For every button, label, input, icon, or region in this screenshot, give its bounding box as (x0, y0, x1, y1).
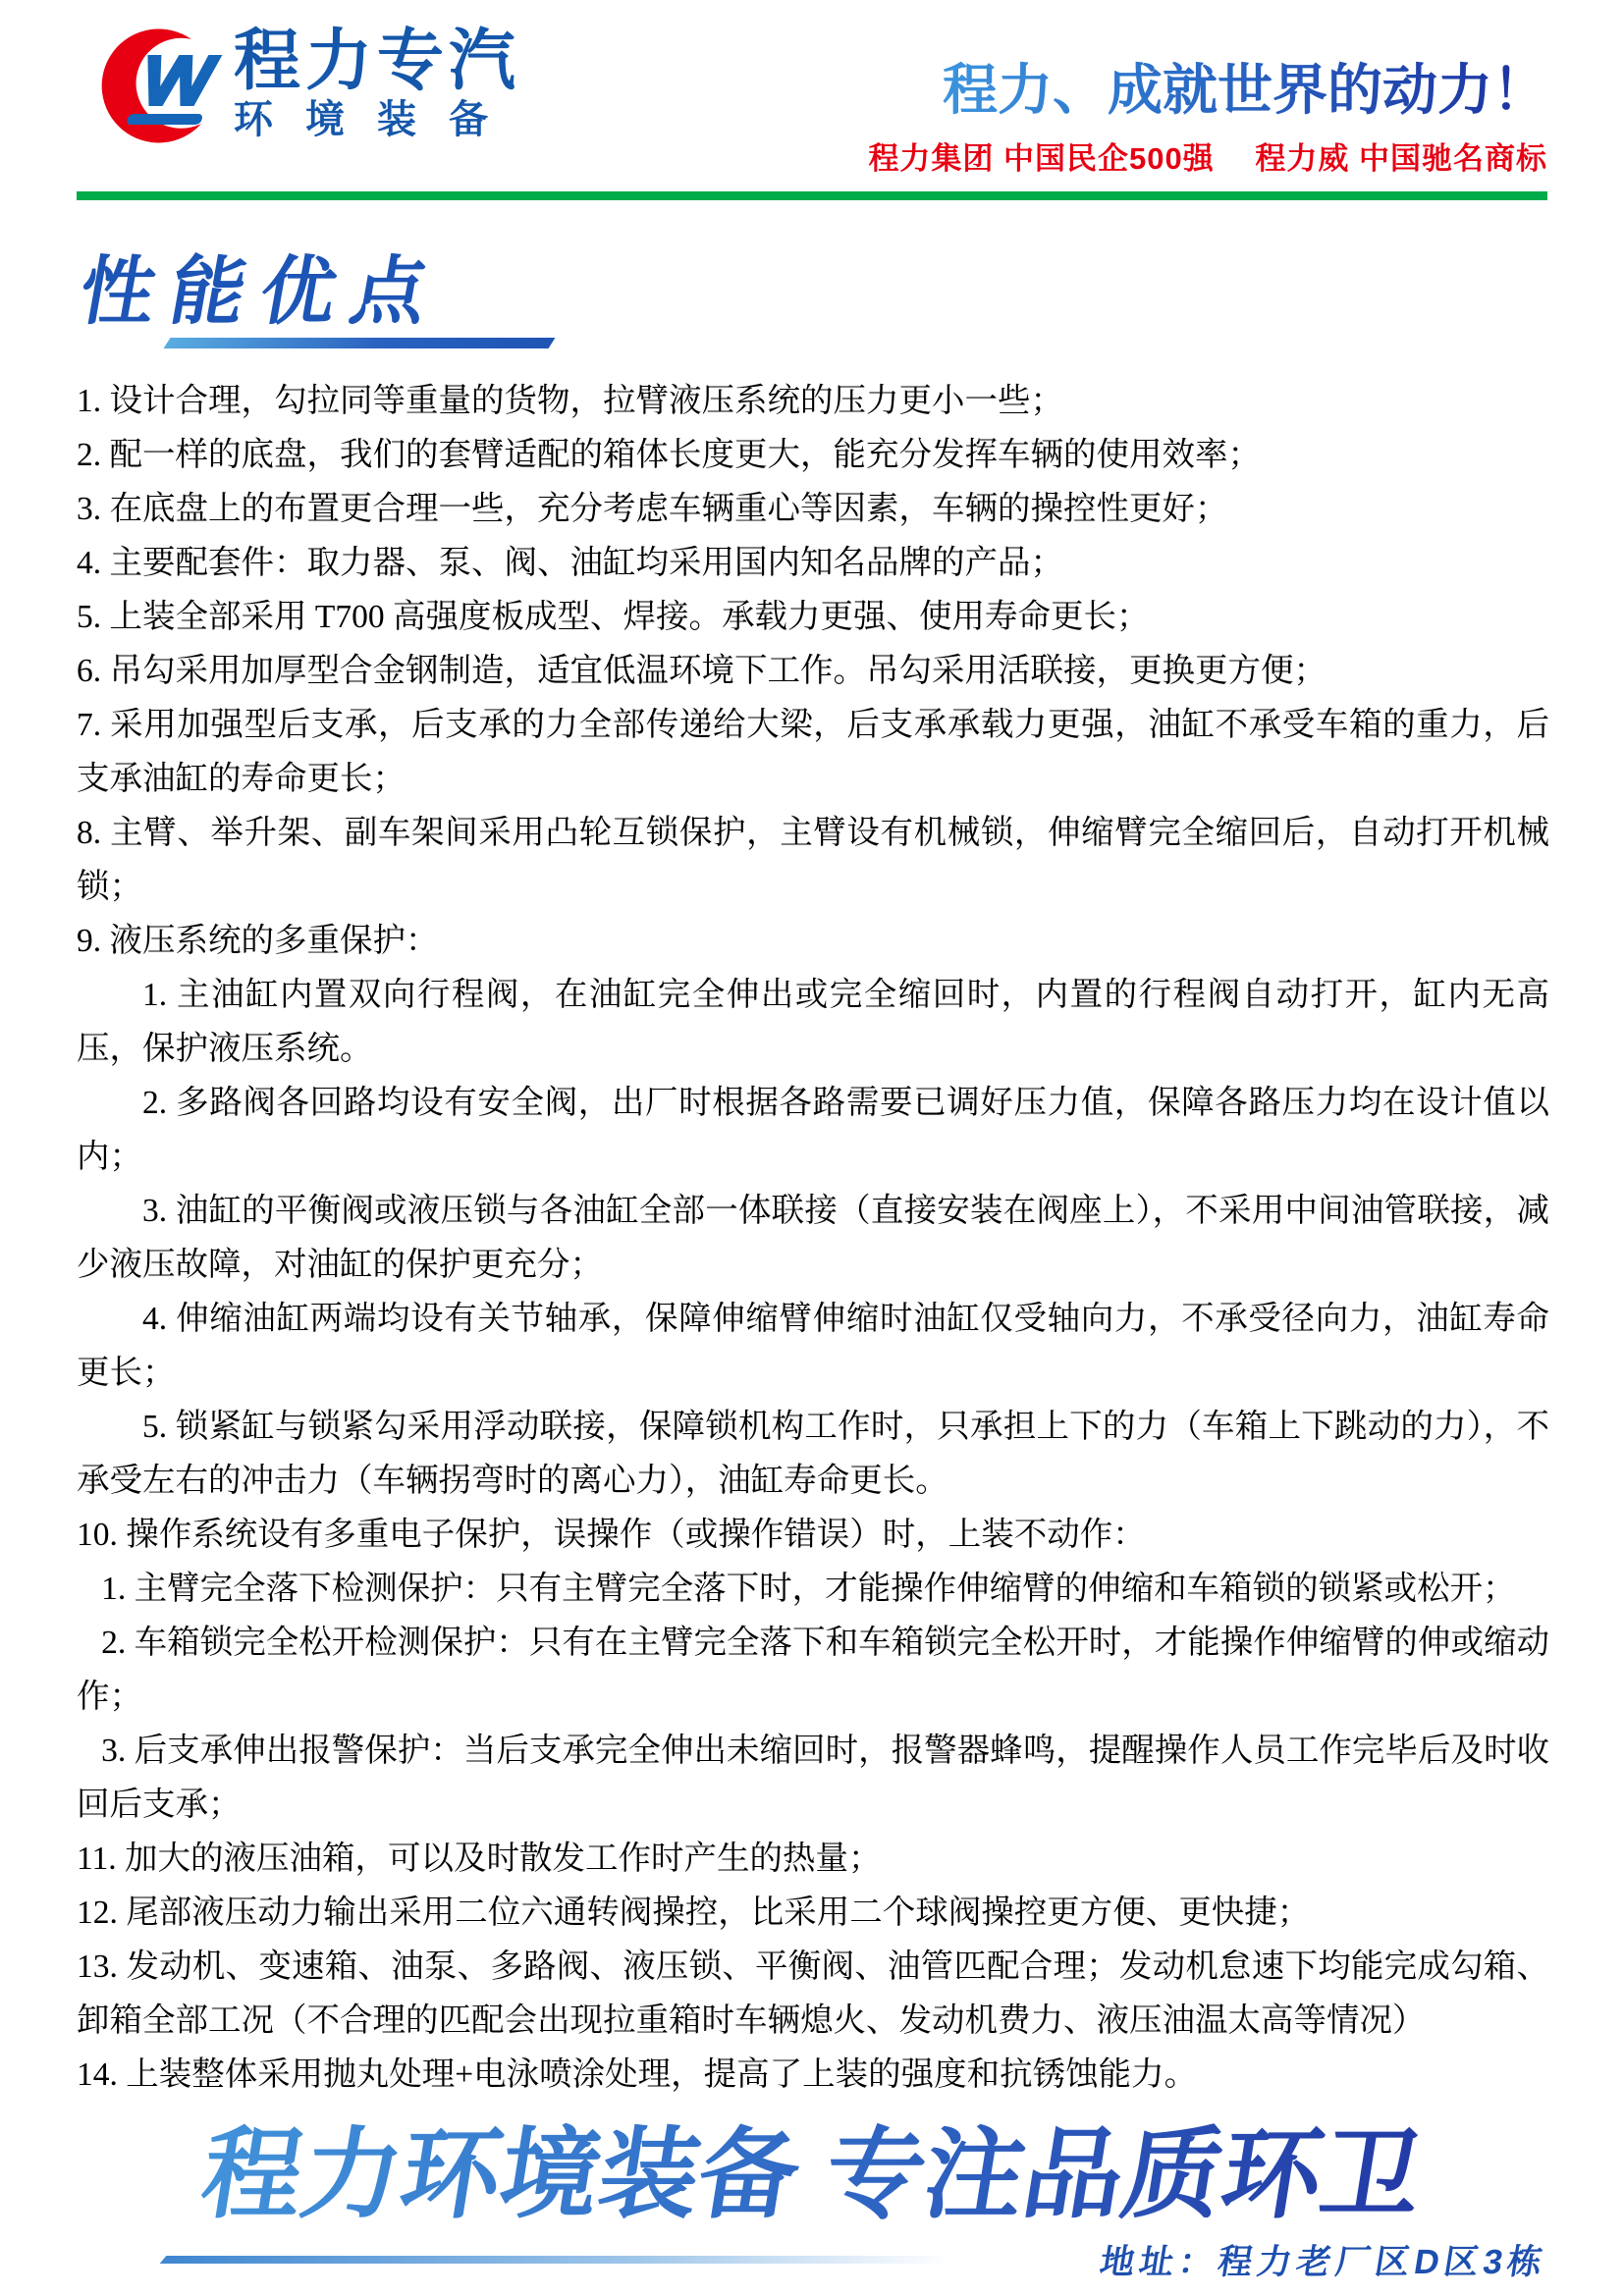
feature-item: 1. 主油缸内置双向行程阀，在油缸完全伸出或完全缩回时，内置的行程阀自动打开，缸… (77, 968, 1549, 1076)
footer-slogan: 程力环境装备 专注品质环卫 (68, 2122, 1555, 2229)
header-divider (77, 191, 1547, 200)
title-wrap: 性能优点 (81, 253, 1624, 348)
feature-item: 3. 油缸的平衡阀或液压锁与各油缸全部一体联接（直接安装在阀座上），不采用中间油… (77, 1184, 1549, 1292)
feature-item: 5. 上装全部采用 T700 高强度板成型、焊接。承载力更强、使用寿命更长； (77, 590, 1549, 644)
feature-item: 3. 在底盘上的布置更合理一些，充分考虑车辆重心等因素，车辆的操控性更好； (77, 482, 1549, 536)
logo-title: 程力专汽 (234, 27, 520, 96)
logo-subtitle: 环境装备 (234, 97, 520, 142)
feature-item: 2. 多路阀各回路均设有安全阀，出厂时根据各路需要已调好压力值，保障各路压力均在… (77, 1076, 1549, 1184)
feature-item: 13. 发动机、变速箱、油泵、多路阀、液压锁、平衡阀、油管匹配合理；发动机怠速下… (77, 1940, 1549, 2048)
feature-item: 7. 采用加强型后支承，后支承的力全部传递给大梁，后支承承载力更强，油缸不承受车… (77, 698, 1549, 806)
feature-item: 4. 主要配套件：取力器、泵、阀、油缸均采用国内知名品牌的产品； (77, 536, 1549, 590)
feature-item: 2. 配一样的底盘，我们的套臂适配的箱体长度更大，能充分发挥车辆的使用效率； (77, 428, 1549, 482)
feature-item: 8. 主臂、举升架、副车架间采用凸轮互锁保护，主臂设有机械锁，伸缩臂完全缩回后，… (77, 806, 1549, 914)
footer: 程力环境装备 专注品质环卫 地址：程力老厂区D区3栋 (77, 2122, 1547, 2282)
feature-item: 2. 车箱锁完全松开检测保护：只有在主臂完全落下和车箱锁完全松开时，才能操作伸缩… (77, 1616, 1549, 1724)
feature-list: 1. 设计合理，勾拉同等重量的货物，拉臂液压系统的压力更小一些；2. 配一样的底… (77, 374, 1549, 2102)
feature-item: 1. 主臂完全落下检测保护：只有主臂完全落下时，才能操作伸缩臂的伸缩和车箱锁的锁… (77, 1562, 1549, 1616)
feature-item: 12. 尾部液压动力输出采用二位六通转阀操控，比采用二个球阀操控更方便、更快捷； (77, 1886, 1549, 1940)
footer-rule (160, 2256, 952, 2264)
feature-item: 3. 后支承伸出报警保护：当后支承完全伸出未缩回时，报警器蜂鸣，提醒操作人员工作… (77, 1724, 1549, 1832)
logo: 程力专汽 环境装备 (77, 26, 520, 143)
feature-item: 10. 操作系统设有多重电子保护，误操作（或操作错误）时，上装不动作： (77, 1508, 1549, 1562)
footer-address: 地址：程力老厂区D区3栋 (1097, 2235, 1551, 2284)
feature-item: 11. 加大的液压油箱，可以及时散发工作时产生的热量； (77, 1832, 1549, 1886)
footer-bottom: 地址：程力老厂区D区3栋 (77, 2237, 1547, 2282)
feature-item: 5. 锁紧缸与锁紧勾采用浮动联接，保障锁机构工作时，只承担上下的力（车箱上下跳动… (77, 1400, 1549, 1508)
company-credentials: 程力集团 中国民企500强 程力威 中国驰名商标 (868, 133, 1547, 178)
logo-text: 程力专汽 环境装备 (234, 27, 520, 143)
header: 程力专汽 环境装备 程力、成就世界的动力！ 程力集团 中国民企500强 程力威 … (0, 0, 1624, 178)
page: 程力专汽 环境装备 程力、成就世界的动力！ 程力集团 中国民企500强 程力威 … (0, 0, 1624, 2296)
feature-item: 1. 设计合理，勾拉同等重量的货物，拉臂液压系统的压力更小一些； (77, 374, 1549, 428)
feature-item: 14. 上装整体采用抛丸处理+电泳喷涂处理，提高了上装的强度和抗锈蚀能力。 (77, 2048, 1549, 2102)
title-underline (164, 338, 556, 348)
header-right: 程力、成就世界的动力！ 程力集团 中国民企500强 程力威 中国驰名商标 (868, 47, 1547, 178)
page-title: 性能优点 (74, 253, 449, 332)
feature-item: 6. 吊勾采用加厚型合金钢制造，适宜低温环境下工作。吊勾采用活联接，更换更方便； (77, 644, 1549, 698)
company-slogan: 程力、成就世界的动力！ (868, 47, 1547, 126)
logo-icon (77, 26, 226, 143)
feature-item: 4. 伸缩油缸两端均设有关节轴承，保障伸缩臂伸缩时油缸仅受轴向力，不承受径向力，… (77, 1292, 1549, 1400)
feature-item: 9. 液压系统的多重保护： (77, 914, 1549, 968)
